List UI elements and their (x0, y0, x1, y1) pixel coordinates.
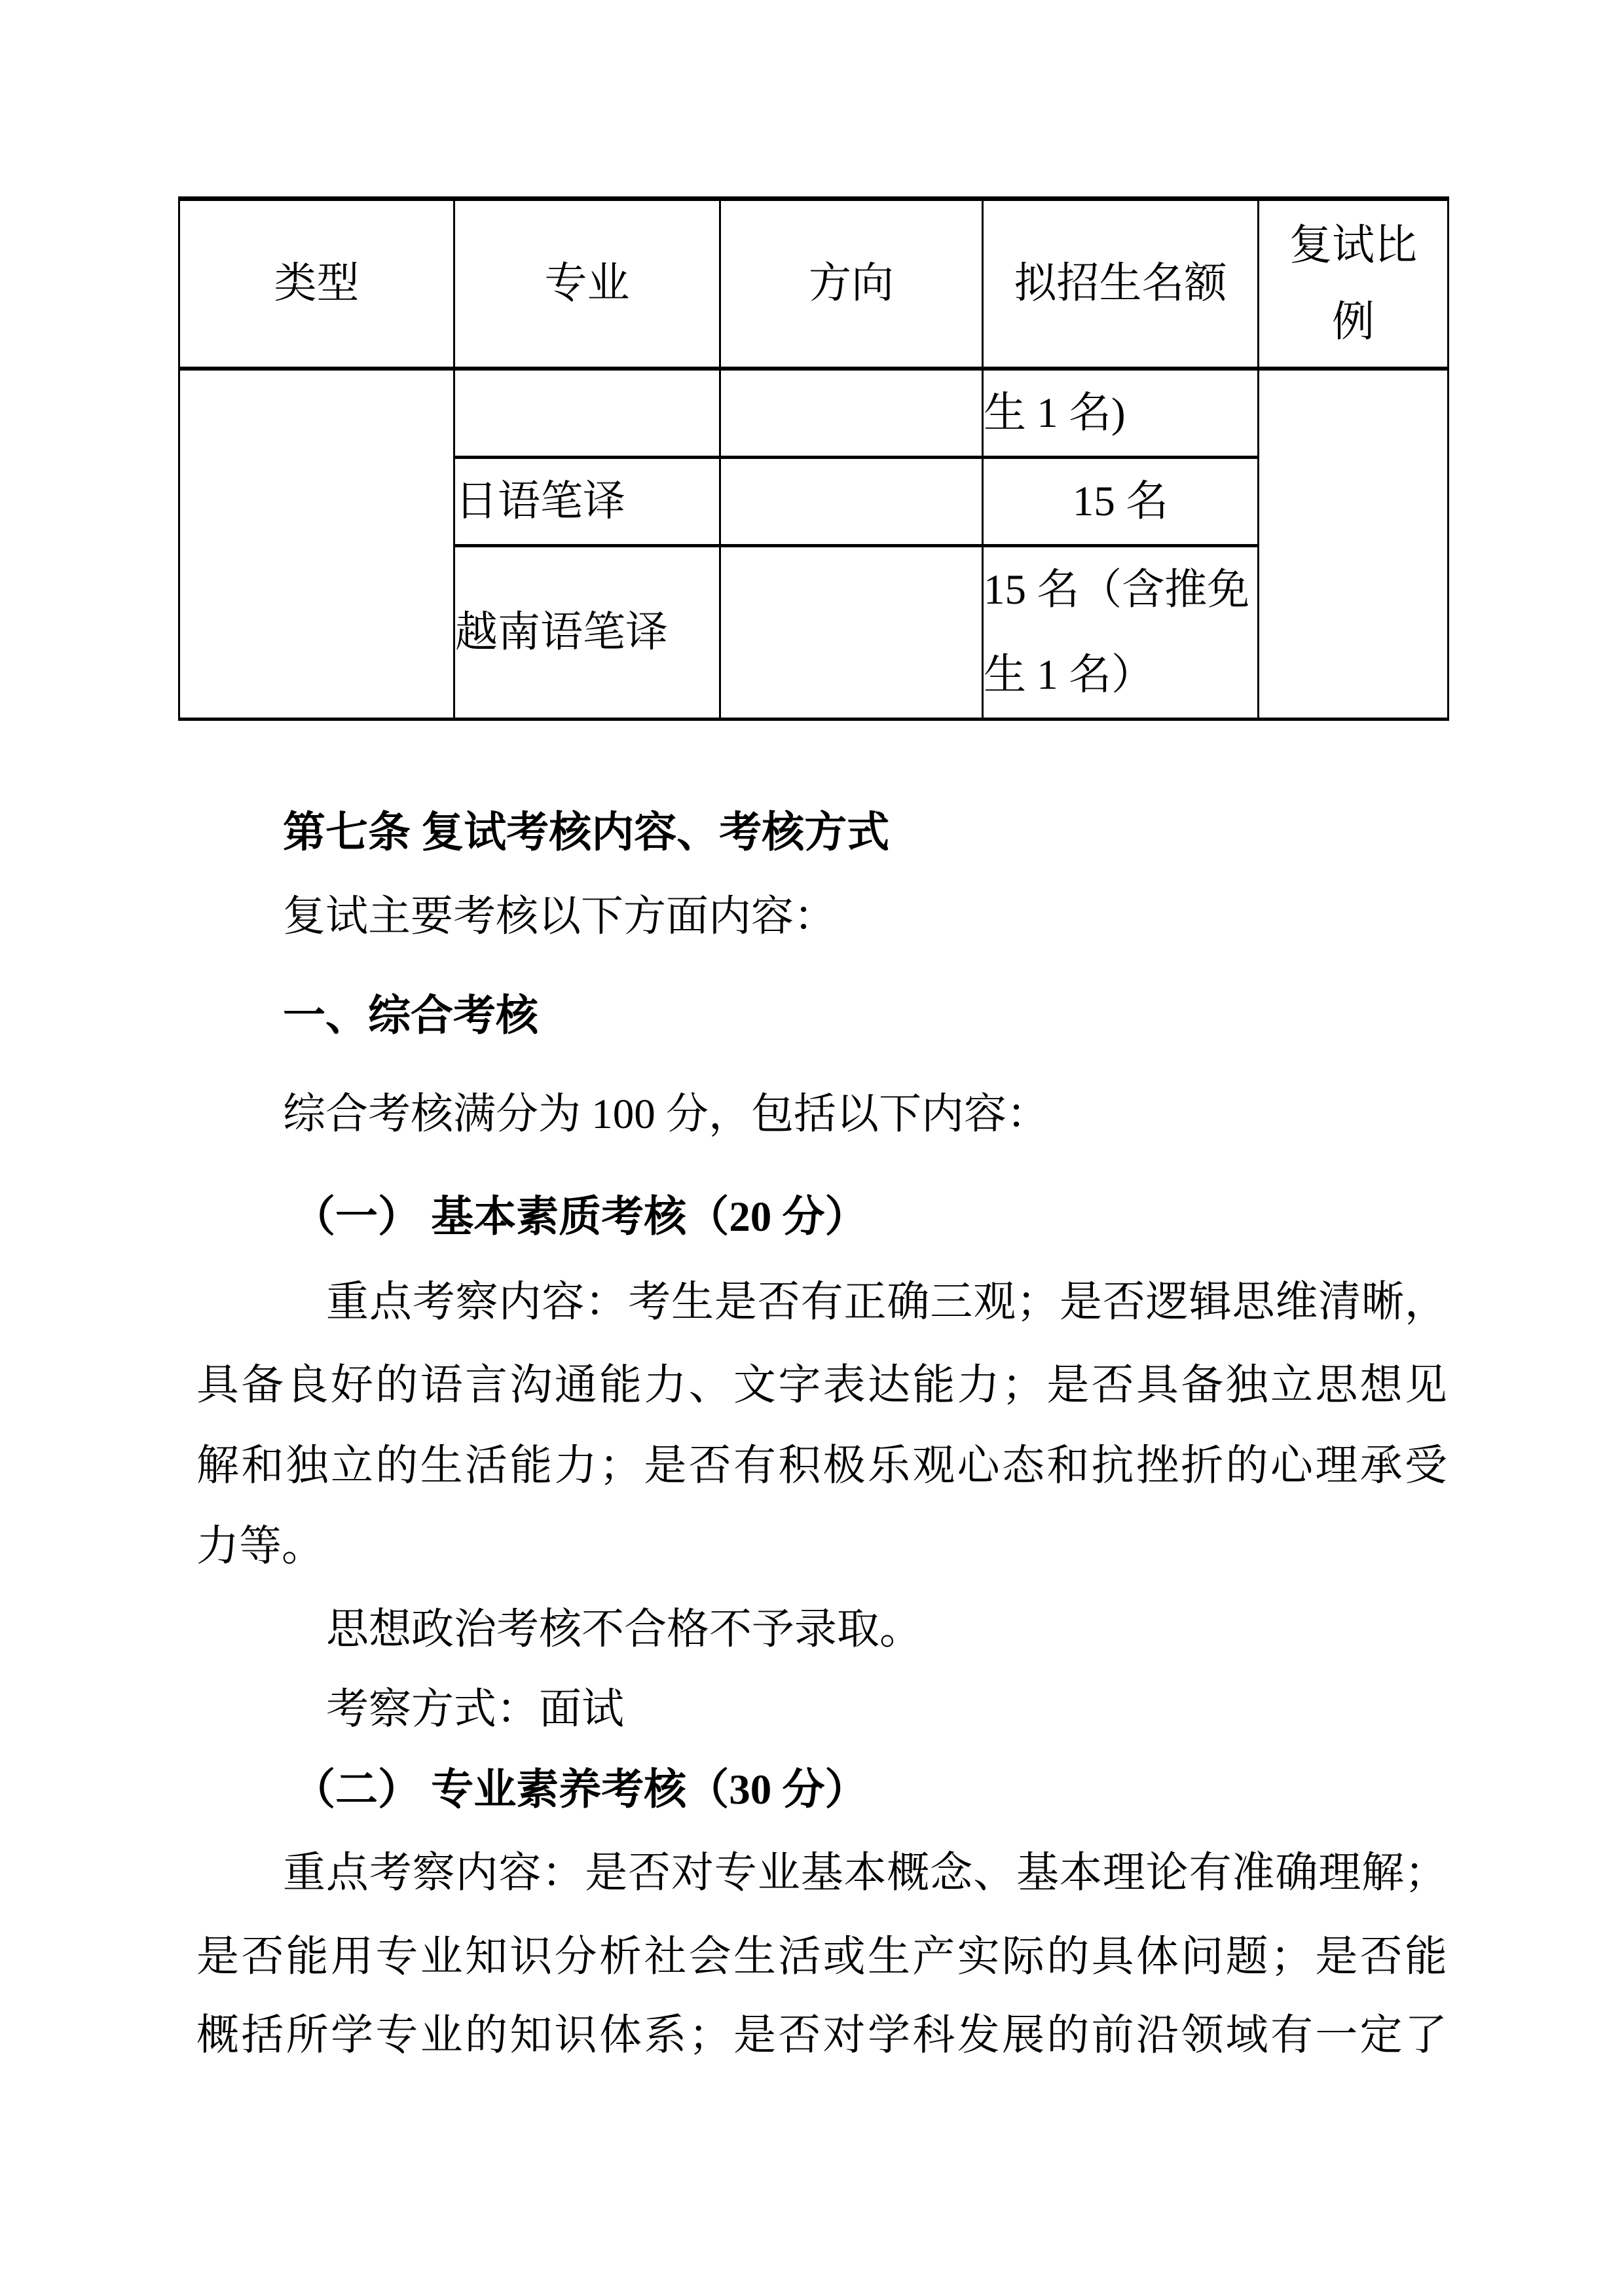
paragraph-line: 思想政治考核不合格不予录取。 (196, 1589, 1447, 1671)
column-header-major: 专业 (454, 199, 720, 369)
paragraph-line: 力等。 (196, 1506, 1447, 1588)
paragraph-line: 具备良好的语言沟通能力、文字表达能力；是否具备独立思想见 (196, 1345, 1447, 1427)
paragraph-line: 复试主要考核以下方面内容： (196, 876, 1447, 958)
enrollment-table: 类型 专业 方向 拟招生名额 复试比例 生 1 名) 日语笔译 15 名 越南 (178, 196, 1449, 721)
direction-cell (720, 546, 983, 720)
direction-cell (720, 369, 983, 458)
quota-cell: 15 名 (983, 458, 1259, 546)
quota-cell: 15 名（含推免 生 1 名） (983, 546, 1259, 720)
table-row: 生 1 名) (179, 369, 1449, 458)
column-header-ratio: 复试比例 (1259, 199, 1449, 369)
paragraph-line: 综合考核满分为 100 分，包括以下内容： (196, 1074, 1447, 1156)
ratio-cell (1259, 369, 1449, 720)
quota-cell: 生 1 名) (983, 369, 1259, 458)
type-cell (179, 369, 454, 720)
paragraph-line: 重点考察内容：是否对专业基本概念、基本理论有准确理解； (196, 1832, 1447, 1914)
direction-cell (720, 458, 983, 546)
document-page: 类型 专业 方向 拟招生名额 复试比例 生 1 名) 日语笔译 15 名 越南 (0, 0, 1624, 2296)
section-1-heading: 一、综合考核 (196, 975, 1447, 1057)
column-header-direction: 方向 (720, 199, 983, 369)
major-cell (454, 369, 720, 458)
paragraph-line: 重点考察内容：考生是否有正确三观；是否逻辑思维清晰， (196, 1262, 1447, 1343)
major-cell: 日语笔译 (454, 458, 720, 546)
paragraph-line: 是否能用专业知识分析社会生活或生产实际的具体问题；是否能 (196, 1916, 1447, 1998)
column-header-type: 类型 (179, 199, 454, 369)
subsection-1-heading: （一） 基本素质考核（20 分） (196, 1176, 1447, 1258)
major-cell: 越南语笔译 (454, 546, 720, 720)
column-header-quota: 拟招生名额 (983, 199, 1259, 369)
subsection-2-heading: （二） 专业素养考核（30 分） (196, 1749, 1447, 1831)
paragraph-line: 解和独立的生活能力；是否有积极乐观心态和抗挫折的心理承受 (196, 1425, 1447, 1507)
paragraph-line: 概括所学专业的知识体系；是否对学科发展的前沿领域有一定了 (196, 1995, 1447, 2077)
article-7-heading: 第七条 复试考核内容、考核方式 (196, 792, 1447, 874)
paragraph-line: 考察方式：面试 (196, 1669, 1447, 1751)
table-header-row: 类型 专业 方向 拟招生名额 复试比例 (179, 199, 1449, 369)
